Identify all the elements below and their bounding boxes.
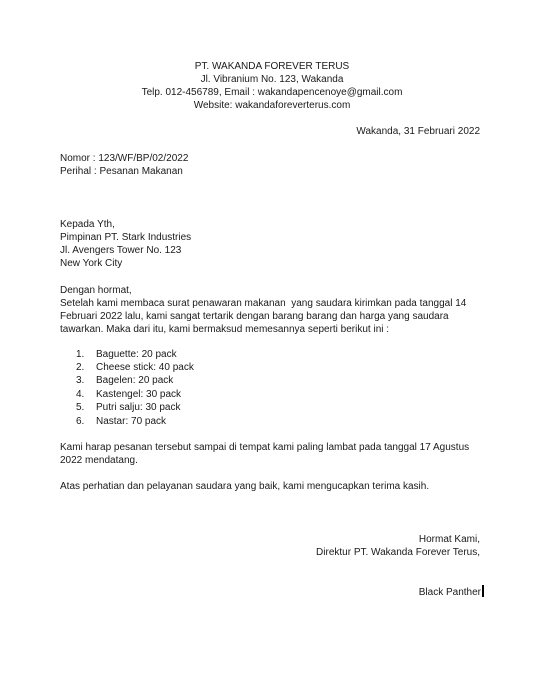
- letterhead-company: PT. WAKANDA FOREVER TERUS: [0, 60, 544, 73]
- intro-line: tawarkan. Maka dari itu, kami bermaksud …: [60, 323, 389, 336]
- intro-line: Februari 2022 lalu, kami sangat tertarik…: [60, 310, 449, 323]
- list-item-number: 2.: [76, 361, 90, 374]
- letter-date: Wakanda, 31 Februari 2022: [356, 125, 480, 138]
- intro-line: Setelah kami membaca surat penawaran mak…: [60, 297, 466, 310]
- list-item-number: 1.: [76, 348, 90, 361]
- letterhead-website: Website: wakandaforeverterus.com: [0, 99, 544, 112]
- letterhead-contact: Telp. 012-456789, Email : wakandapenceno…: [0, 86, 544, 99]
- list-item-number: 4.: [76, 388, 90, 401]
- list-item-text: Cheese stick: 40 pack: [96, 361, 194, 374]
- list-item-number: 3.: [76, 374, 90, 387]
- list-item-text: Baguette: 20 pack: [96, 348, 177, 361]
- recipient-address: Jl. Avengers Tower No. 123: [60, 244, 181, 257]
- recipient-greeting: Kepada Yth,: [60, 218, 115, 231]
- closing-line: Atas perhatian dan pelayanan saudara yan…: [60, 480, 429, 493]
- signature-title: Direktur PT. Wakanda Forever Terus,: [316, 546, 480, 559]
- list-item-text: Nastar: 70 pack: [96, 415, 166, 428]
- text-cursor: [482, 585, 484, 597]
- letter-subject: Perihal : Pesanan Makanan: [60, 165, 183, 178]
- letter-number: Nomor : 123/WF/BP/02/2022: [60, 152, 188, 165]
- salutation: Dengan hormat,: [60, 284, 132, 297]
- list-item-number: 5.: [76, 401, 90, 414]
- letterhead-address: Jl. Vibranium No. 123, Wakanda: [0, 73, 544, 86]
- delivery-line: Kami harap pesanan tersebut sampai di te…: [60, 441, 469, 454]
- recipient-city: New York City: [60, 257, 122, 270]
- delivery-line: 2022 mendatang.: [60, 454, 138, 467]
- list-item-text: Bagelen: 20 pack: [96, 374, 173, 387]
- signature-name: Black Panther: [419, 587, 481, 598]
- list-item-text: Putri salju: 30 pack: [96, 401, 181, 414]
- signature-regards: Hormat Kami,: [419, 533, 480, 546]
- signature-name-line[interactable]: Black Panther: [419, 585, 484, 598]
- list-item-number: 6.: [76, 415, 90, 428]
- list-item-text: Kastengel: 30 pack: [96, 388, 181, 401]
- document-page[interactable]: PT. WAKANDA FOREVER TERUS Jl. Vibranium …: [0, 0, 544, 693]
- recipient-name: Pimpinan PT. Stark Industries: [60, 231, 191, 244]
